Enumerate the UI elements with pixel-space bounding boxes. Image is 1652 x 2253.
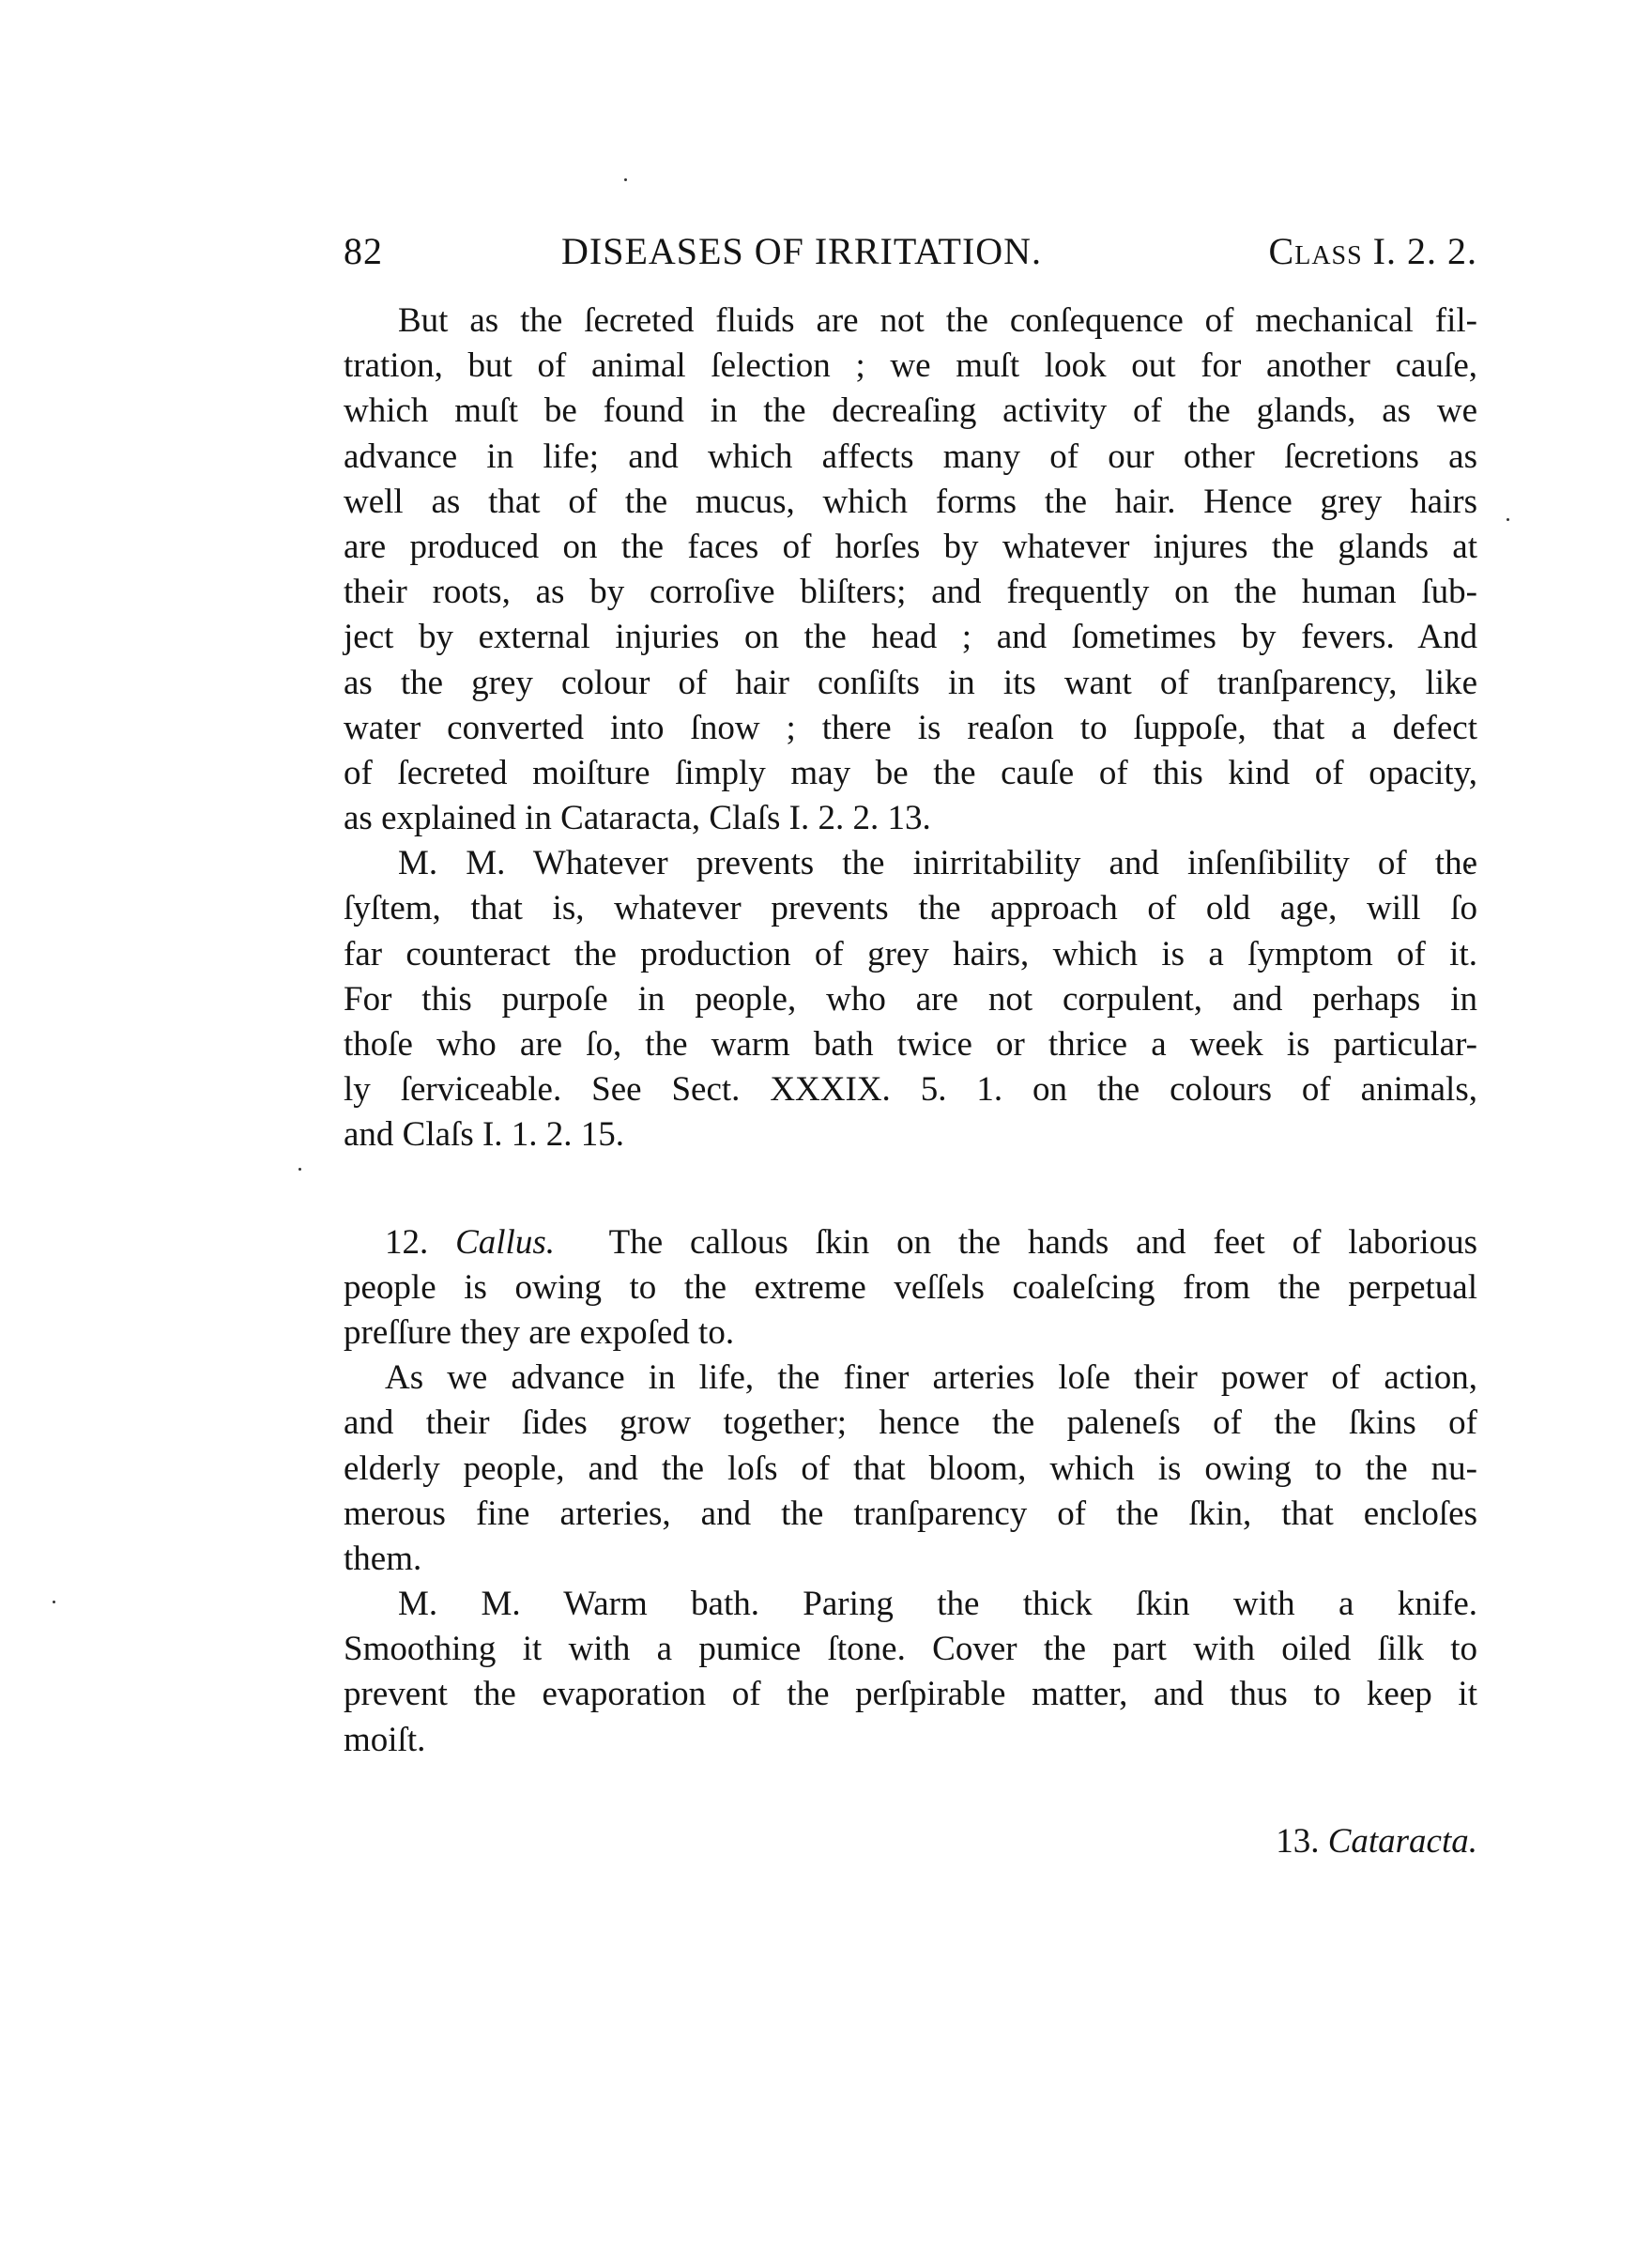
section-number: 12. bbox=[385, 1223, 428, 1262]
text-line: 12. Callus. The callous ſkin on the hand… bbox=[344, 1220, 1477, 1265]
text-line: For this purpoſe in people, who are not … bbox=[344, 977, 1477, 1022]
text-line: preſſure they are expoſed to. bbox=[344, 1310, 1477, 1356]
text-line: and Claſs I. 1. 2. 15. bbox=[344, 1112, 1477, 1157]
text-line: M. M. Whatever prevents the inirritabili… bbox=[344, 841, 1477, 886]
text-line: as explained in Cataracta, Claſs I. 2. 2… bbox=[344, 796, 1477, 841]
paragraph-grey-hair-cause: But as the ſecreted fluids are not the c… bbox=[344, 299, 1477, 841]
paragraph-callus-treatment: M. M. Warm bath. Paring the thick ſkin w… bbox=[344, 1582, 1477, 1763]
body-text: But as the ſecreted fluids are not the c… bbox=[344, 299, 1477, 1763]
text-line: tration, but of animal ſelection ; we mu… bbox=[344, 344, 1477, 389]
book-page: 82 DISEASES OF IRRITATION. Class I. 2. 2… bbox=[0, 0, 1652, 2253]
print-speck bbox=[298, 1168, 301, 1171]
text-line: moiſt. bbox=[344, 1718, 1477, 1763]
text-line: people is owing to the extreme veſſels c… bbox=[344, 1265, 1477, 1310]
text-line: them. bbox=[344, 1537, 1477, 1582]
text-line: M. M. Warm bath. Paring the thick ſkin w… bbox=[344, 1582, 1477, 1627]
paragraph-arteries: As we advance in life, the finer arterie… bbox=[344, 1356, 1477, 1582]
text-line: thoſe who are ſo, the warm bath twice or… bbox=[344, 1022, 1477, 1067]
paragraph-callus: 12. Callus. The callous ſkin on the hand… bbox=[344, 1220, 1477, 1356]
text-line: Smoothing it with a pumice ſtone. Cover … bbox=[344, 1627, 1477, 1672]
text-line: elderly people, and the loſs of that blo… bbox=[344, 1447, 1477, 1492]
text-line: well as that of the mucus, which forms t… bbox=[344, 480, 1477, 525]
text-line: are produced on the faces of horſes by w… bbox=[344, 525, 1477, 570]
text-line: prevent the evaporation of the perſpirab… bbox=[344, 1672, 1477, 1717]
section-gap bbox=[344, 1158, 1477, 1220]
print-speck bbox=[624, 178, 627, 181]
text-line: of ſecreted moiſture ſimply may be the c… bbox=[344, 751, 1477, 796]
paragraph-grey-hair-treatment: M. M. Whatever prevents the inirritabili… bbox=[344, 841, 1477, 1157]
text-line: water converted into ſnow ; there is rea… bbox=[344, 706, 1477, 751]
text-line: ly ſerviceable. See Sect. XXXIX. 5. 1. o… bbox=[344, 1067, 1477, 1112]
catchword-word: Cataracta. bbox=[1328, 1822, 1477, 1861]
print-speck bbox=[1468, 866, 1471, 868]
text-line: ſyſtem, that is, whatever prevents the a… bbox=[344, 886, 1477, 931]
text-run: The callous ſkin on the hands and feet o… bbox=[609, 1223, 1477, 1262]
text-line: and their ſides grow together; hence the… bbox=[344, 1401, 1477, 1446]
running-title: DISEASES OF IRRITATION. bbox=[561, 223, 1042, 280]
text-line: as the grey colour of hair conſiſts in i… bbox=[344, 661, 1477, 706]
text-line: But as the ſecreted fluids are not the c… bbox=[344, 299, 1477, 344]
text-line: their roots, as by corroſive bliſters; a… bbox=[344, 570, 1477, 615]
print-speck bbox=[1507, 518, 1509, 521]
page-number: 82 bbox=[344, 223, 383, 280]
class-reference: Class I. 2. 2. bbox=[1269, 223, 1477, 280]
running-head: 82 DISEASES OF IRRITATION. Class I. 2. 2… bbox=[344, 223, 1477, 280]
text-line: which muſt be found in the decreaſing ac… bbox=[344, 389, 1477, 434]
text-line: advance in life; and which affects many … bbox=[344, 435, 1477, 480]
text-line: merous fine arteries, and the tranſparen… bbox=[344, 1492, 1477, 1537]
section-heading: Callus. bbox=[455, 1223, 555, 1262]
text-line: far counteract the production of grey ha… bbox=[344, 932, 1477, 977]
catchword-number: 13. bbox=[1276, 1822, 1319, 1861]
print-speck bbox=[53, 1601, 55, 1603]
text-line: ject by external injuries on the head ; … bbox=[344, 615, 1477, 660]
catchword: 13. Cataracta. bbox=[1276, 1819, 1477, 1864]
text-line: As we advance in life, the finer arterie… bbox=[344, 1356, 1477, 1401]
